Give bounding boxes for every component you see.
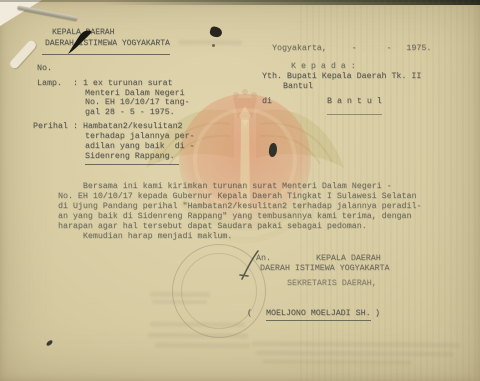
handwritten-initial [238,248,262,282]
torn-corner [0,0,42,26]
ink-speck [268,143,278,158]
bleed-through [148,333,248,339]
paper-texture [300,0,480,381]
subject-underline [85,164,179,165]
bleed-through [155,343,250,349]
scanned-letter: KEPALA DAERAH DAERAH ISTIMEWA YOGYAKARTA… [0,0,480,381]
bleed-through [150,322,245,328]
subject-label: Perihal [33,122,68,132]
attachment-line: : 1 ex turunan surat [73,79,173,89]
ink-blot [66,28,96,58]
ink-speck [212,44,215,47]
attachment-line: No. EH 10/10/17 tang- [85,98,190,108]
ink-speck [46,339,54,347]
staple [17,5,78,20]
paper-tear [8,39,37,70]
bleed-through [178,40,242,45]
bleed-through [150,292,210,297]
ref-no-label: No. [37,64,52,74]
subject-line: terhadap jalannya per- [85,132,195,142]
subject-line: adilan yang baik di - [85,142,195,152]
letterhead-underline [42,54,170,55]
bleed-through [152,300,207,304]
letterhead-line2: DAERAH ISTIMEWA YOGYAKARTA [45,39,170,49]
attachment-line: gal 28 - 5 - 1975. [85,108,175,118]
body-line: Kemudian harap menjadi maklum. [58,232,232,242]
subject-line: Sidenreng Rappang. [85,152,175,162]
ink-speck [209,26,223,39]
subject-line: : Hambatan2/kesulitan2 [73,122,183,132]
di-label: di [262,97,272,107]
signer-open-paren: ( [247,309,252,319]
attachment-label: Lamp. [37,79,62,89]
